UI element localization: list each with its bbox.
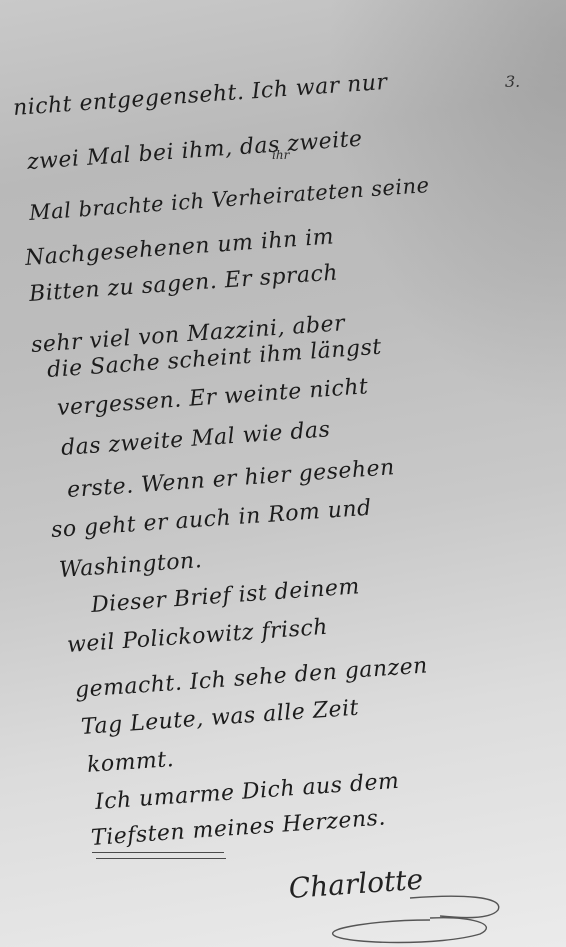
handwritten-line: vergessen. Er weinte nicht	[56, 374, 369, 421]
double-underline-bottom	[96, 858, 226, 859]
handwritten-line: weil Polickowitz frisch	[66, 615, 328, 658]
handwritten-line: erste. Wenn er hier gesehen	[66, 455, 395, 503]
handwritten-line: Mal brachte ich Verheirateten seine	[28, 173, 430, 225]
letter-page: 3. nicht entgegenseht. Ich war nurzwei M…	[0, 0, 566, 947]
handwritten-line: Dieser Brief ist deinem	[90, 574, 360, 618]
double-underline-top	[92, 852, 224, 853]
handwritten-line: so geht er auch in Rom und	[50, 496, 372, 543]
handwritten-line: nicht entgegenseht. Ich war nur	[12, 70, 388, 121]
interlinear-insertion: ihr	[272, 148, 289, 162]
handwritten-line: das zweite Mal wie das	[60, 417, 331, 461]
handwritten-line: Washington.	[58, 548, 203, 583]
page-number: 3.	[505, 72, 520, 91]
signature-flourish-icon	[290, 880, 520, 947]
handwritten-line: gemacht. Ich sehe den ganzen	[74, 653, 428, 703]
handwritten-line: Tag Leute, was alle Zeit	[80, 696, 359, 740]
handwritten-line: zwei Mal bei ihm, das zweite	[26, 127, 363, 175]
handwritten-line: kommt.	[86, 747, 175, 778]
